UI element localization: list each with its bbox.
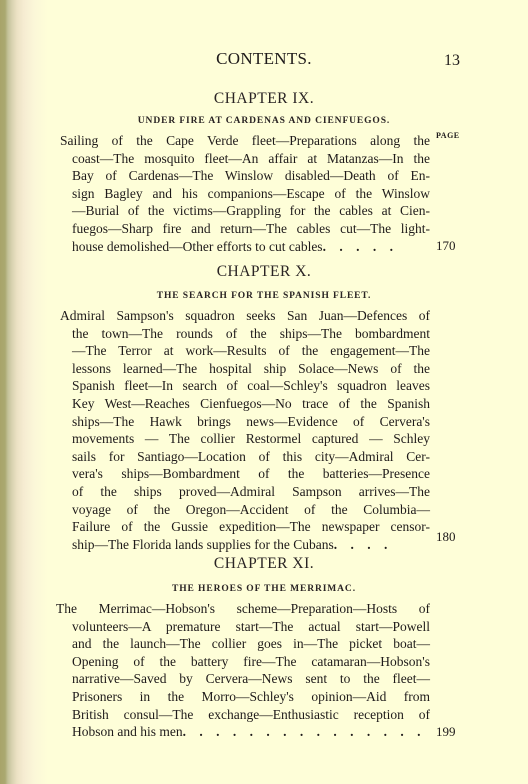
- summary-line: movements — The collier Restormel captur…: [60, 430, 430, 448]
- chapter-ix-summary: Sailing of the Cape Verde fleet—Preparat…: [60, 132, 430, 255]
- summary-line: of the ships proved—Admiral Sampson arri…: [60, 483, 430, 501]
- summary-line: Bay of Cardenas—The Winslow disabled—Dea…: [60, 167, 430, 185]
- chapter-x-summary: Admiral Sampson's squadron seeks San Jua…: [60, 307, 430, 553]
- summary-line: ships—The Hawk brings news—Evidence of C…: [60, 413, 430, 431]
- summary-line: sign Bagley and his companions—Escape of…: [60, 185, 430, 203]
- leader-dots: . . . .: [334, 536, 430, 554]
- chapter-subtitle-ix: UNDER FIRE AT CARDENAS AND CIENFUEGOS.: [0, 116, 528, 126]
- summary-line: Opening of the battery fire—The catamara…: [60, 653, 430, 671]
- summary-line: the town—The rounds of the ships—The bom…: [60, 325, 430, 343]
- summary-line: —Burial of the victims—Grappling for the…: [60, 202, 430, 220]
- chapter-title-xi: CHAPTER XI.: [0, 555, 528, 573]
- summary-line: and the launch—The collier goes in—The p…: [60, 635, 430, 653]
- summary-line: fuegos—Sharp fire and return—The cables …: [60, 220, 430, 238]
- summary-line: —The Terror at work—Results of the engag…: [60, 342, 430, 360]
- chapter-title-ix: CHAPTER IX.: [0, 90, 528, 108]
- summary-line: The Merrimac—Hobson's scheme—Preparation…: [56, 600, 430, 618]
- summary-line: narrative—Saved by Cervera—News sent to …: [60, 670, 430, 688]
- leader-dots: . . . . . . . . . . . . . . . .: [183, 723, 430, 741]
- chapter-subtitle-x: THE SEARCH FOR THE SPANISH FLEET.: [0, 291, 528, 301]
- chapter-xi-summary: The Merrimac—Hobson's scheme—Preparation…: [60, 600, 430, 741]
- contents-page: CONTENTS. 13 CHAPTER IX. UNDER FIRE AT C…: [0, 0, 528, 784]
- summary-line-text: Hobson and his men: [72, 723, 183, 741]
- chapter-x-page: 180: [436, 529, 456, 545]
- chapter-xi-page: 199: [436, 724, 456, 740]
- summary-line: Sailing of the Cape Verde fleet—Preparat…: [60, 132, 430, 150]
- summary-line: Spanish fleet—In search of coal—Schley's…: [60, 377, 430, 395]
- summary-line-text: house demolished—Other efforts to cut ca…: [72, 238, 323, 256]
- summary-line: coast—The mosquito fleet—An affair at Ma…: [60, 150, 430, 168]
- summary-line: lessons learned—The hospital ship Solace…: [60, 360, 430, 378]
- leader-dots: . . . . .: [323, 238, 430, 256]
- summary-line: Key West—Reaches Cienfuegos—No trace of …: [60, 395, 430, 413]
- summary-line-last: house demolished—Other efforts to cut ca…: [60, 238, 430, 256]
- chapter-subtitle-xi: THE HEROES OF THE MERRIMAC.: [0, 584, 528, 594]
- summary-line: Prisoners in the Morro—Schley's opinion—…: [60, 688, 430, 706]
- summary-line: volunteers—A premature start—The actual …: [60, 618, 430, 636]
- summary-line: Failure of the Gussie expedition—The new…: [60, 518, 430, 536]
- summary-line-last: Hobson and his men . . . . . . . . . . .…: [60, 723, 430, 741]
- summary-line-text: ship—The Florida lands supplies for the …: [72, 536, 334, 554]
- page-column-label: PAGE: [436, 131, 460, 140]
- chapter-ix-page: 170: [436, 238, 456, 254]
- summary-line-last: ship—The Florida lands supplies for the …: [60, 536, 430, 554]
- summary-line: vera's ships—Bombardment of the batterie…: [60, 465, 430, 483]
- summary-line: sails for Santiago—Location of this city…: [60, 448, 430, 466]
- summary-line: voyage of the Oregon—Accident of the Col…: [60, 501, 430, 519]
- summary-line: British consul—The exchange—Enthusiastic…: [60, 706, 430, 724]
- summary-line: Admiral Sampson's squadron seeks San Jua…: [60, 307, 430, 325]
- page-number: 13: [444, 52, 460, 70]
- chapter-title-x: CHAPTER X.: [0, 263, 528, 281]
